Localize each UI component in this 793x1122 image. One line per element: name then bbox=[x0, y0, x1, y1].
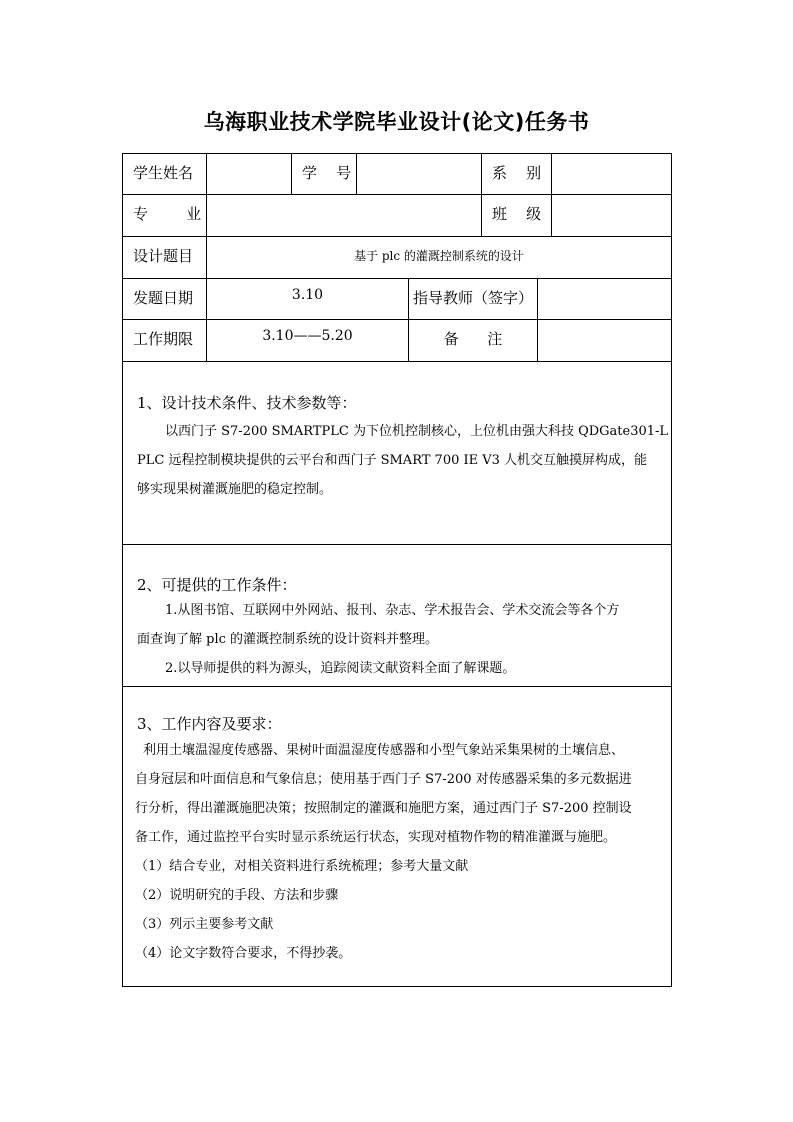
class-field[interactable] bbox=[552, 195, 671, 237]
section-3-requirements: （1）结合专业，对相关资料进行系统梳理；参考大量文献 （2）说明研究的手段、方法… bbox=[135, 852, 659, 968]
section-2-line: 2.以导师提供的料为源头，追踪阅读文献资料全面了解课题。 bbox=[137, 654, 661, 683]
class-label: 班 级 bbox=[482, 195, 552, 237]
major-field[interactable] bbox=[207, 195, 482, 237]
issue-date-label: 发题日期 bbox=[123, 279, 207, 320]
requirement-item: （2）说明研究的手段、方法和步骤 bbox=[135, 881, 659, 910]
section-1-body: 以西门子 S7-200 SMARTPLC 为下位机控制核心，上位机由强大科技 Q… bbox=[137, 417, 661, 504]
section-1-line: 以西门子 S7-200 SMARTPLC 为下位机控制核心，上位机由强大科技 Q… bbox=[137, 417, 661, 446]
topic-label: 设计题目 bbox=[123, 237, 207, 279]
section-3-line: 自身冠层和叶面信息和气象信息；使用基于西门子 S7-200 对传感器采集的多元数… bbox=[135, 765, 659, 794]
section-1-line: PLC 远程控制模块提供的云平台和西门子 SMART 700 IE V3 人机交… bbox=[137, 446, 661, 475]
major-label: 专 业 bbox=[123, 195, 207, 237]
advisor-signature-field[interactable] bbox=[538, 279, 671, 320]
department-field[interactable] bbox=[552, 154, 671, 195]
section-2-heading: 2、可提供的工作条件： bbox=[137, 574, 297, 595]
section-1-heading: 1、设计技术条件、技术参数等： bbox=[137, 392, 357, 413]
section-work-content: 3、工作内容及要求： 利用土壤温湿度传感器、果树叶面温湿度传感器和小型气象站采集… bbox=[122, 686, 672, 987]
issue-date-value: 3.10 bbox=[207, 279, 409, 320]
section-3-line: 利用土壤温湿度传感器、果树叶面温湿度传感器和小型气象站采集果树的土壤信息、 bbox=[135, 736, 659, 765]
remarks-label: 备 注 bbox=[409, 320, 538, 362]
remarks-field[interactable] bbox=[538, 320, 671, 362]
period-label: 工作期限 bbox=[123, 320, 207, 362]
department-label: 系 别 bbox=[482, 154, 552, 195]
section-2-line: 面查询了解 plc 的灌溉控制系统的设计资料并整理。 bbox=[137, 625, 661, 654]
advisor-label: 指导教师（签字） bbox=[409, 279, 538, 320]
section-2-line: 1.从图书馆、互联网中外网站、报刊、杂志、学术报告会、学术交流会等各个方 bbox=[137, 596, 661, 625]
section-3-line: 行分析，得出灌溉施肥决策；按照制定的灌溉和施肥方案，通过西门子 S7-200 控… bbox=[135, 794, 659, 823]
section-work-conditions: 2、可提供的工作条件： 1.从图书馆、互联网中外网站、报刊、杂志、学术报告会、学… bbox=[122, 544, 672, 687]
section-3-body: 利用土壤温湿度传感器、果树叶面温湿度传感器和小型气象站采集果树的土壤信息、 自身… bbox=[135, 736, 659, 852]
document-title: 乌海职业技术学院毕业设计(论文)任务书 bbox=[0, 106, 793, 136]
student-name-label: 学生姓名 bbox=[123, 154, 207, 195]
student-id-field[interactable] bbox=[357, 154, 482, 195]
section-2-body: 1.从图书馆、互联网中外网站、报刊、杂志、学术报告会、学术交流会等各个方 面查询… bbox=[137, 596, 661, 683]
requirement-item: （4）论文字数符合要求，不得抄袭。 bbox=[135, 939, 659, 968]
requirement-item: （3）列示主要参考文献 bbox=[135, 910, 659, 939]
period-value: 3.10——5.20 bbox=[207, 320, 409, 362]
info-table: 学生姓名 学 号 系 别 专 业 班 级 设计题目 基于 plc 的灌溉控制系统… bbox=[122, 153, 672, 362]
student-name-field[interactable] bbox=[207, 154, 292, 195]
topic-value: 基于 plc 的灌溉控制系统的设计 bbox=[207, 237, 671, 279]
section-3-line: 备工作，通过监控平台实时显示系统运行状态，实现对植物作物的精准灌溉与施肥。 bbox=[135, 823, 659, 852]
section-design-conditions: 1、设计技术条件、技术参数等： 以西门子 S7-200 SMARTPLC 为下位… bbox=[122, 361, 672, 545]
requirement-item: （1）结合专业，对相关资料进行系统梳理；参考大量文献 bbox=[135, 852, 659, 881]
section-3-heading: 3、工作内容及要求： bbox=[137, 713, 282, 734]
student-id-label: 学 号 bbox=[292, 154, 357, 195]
section-1-line: 够实现果树灌溉施肥的稳定控制。 bbox=[137, 475, 661, 504]
